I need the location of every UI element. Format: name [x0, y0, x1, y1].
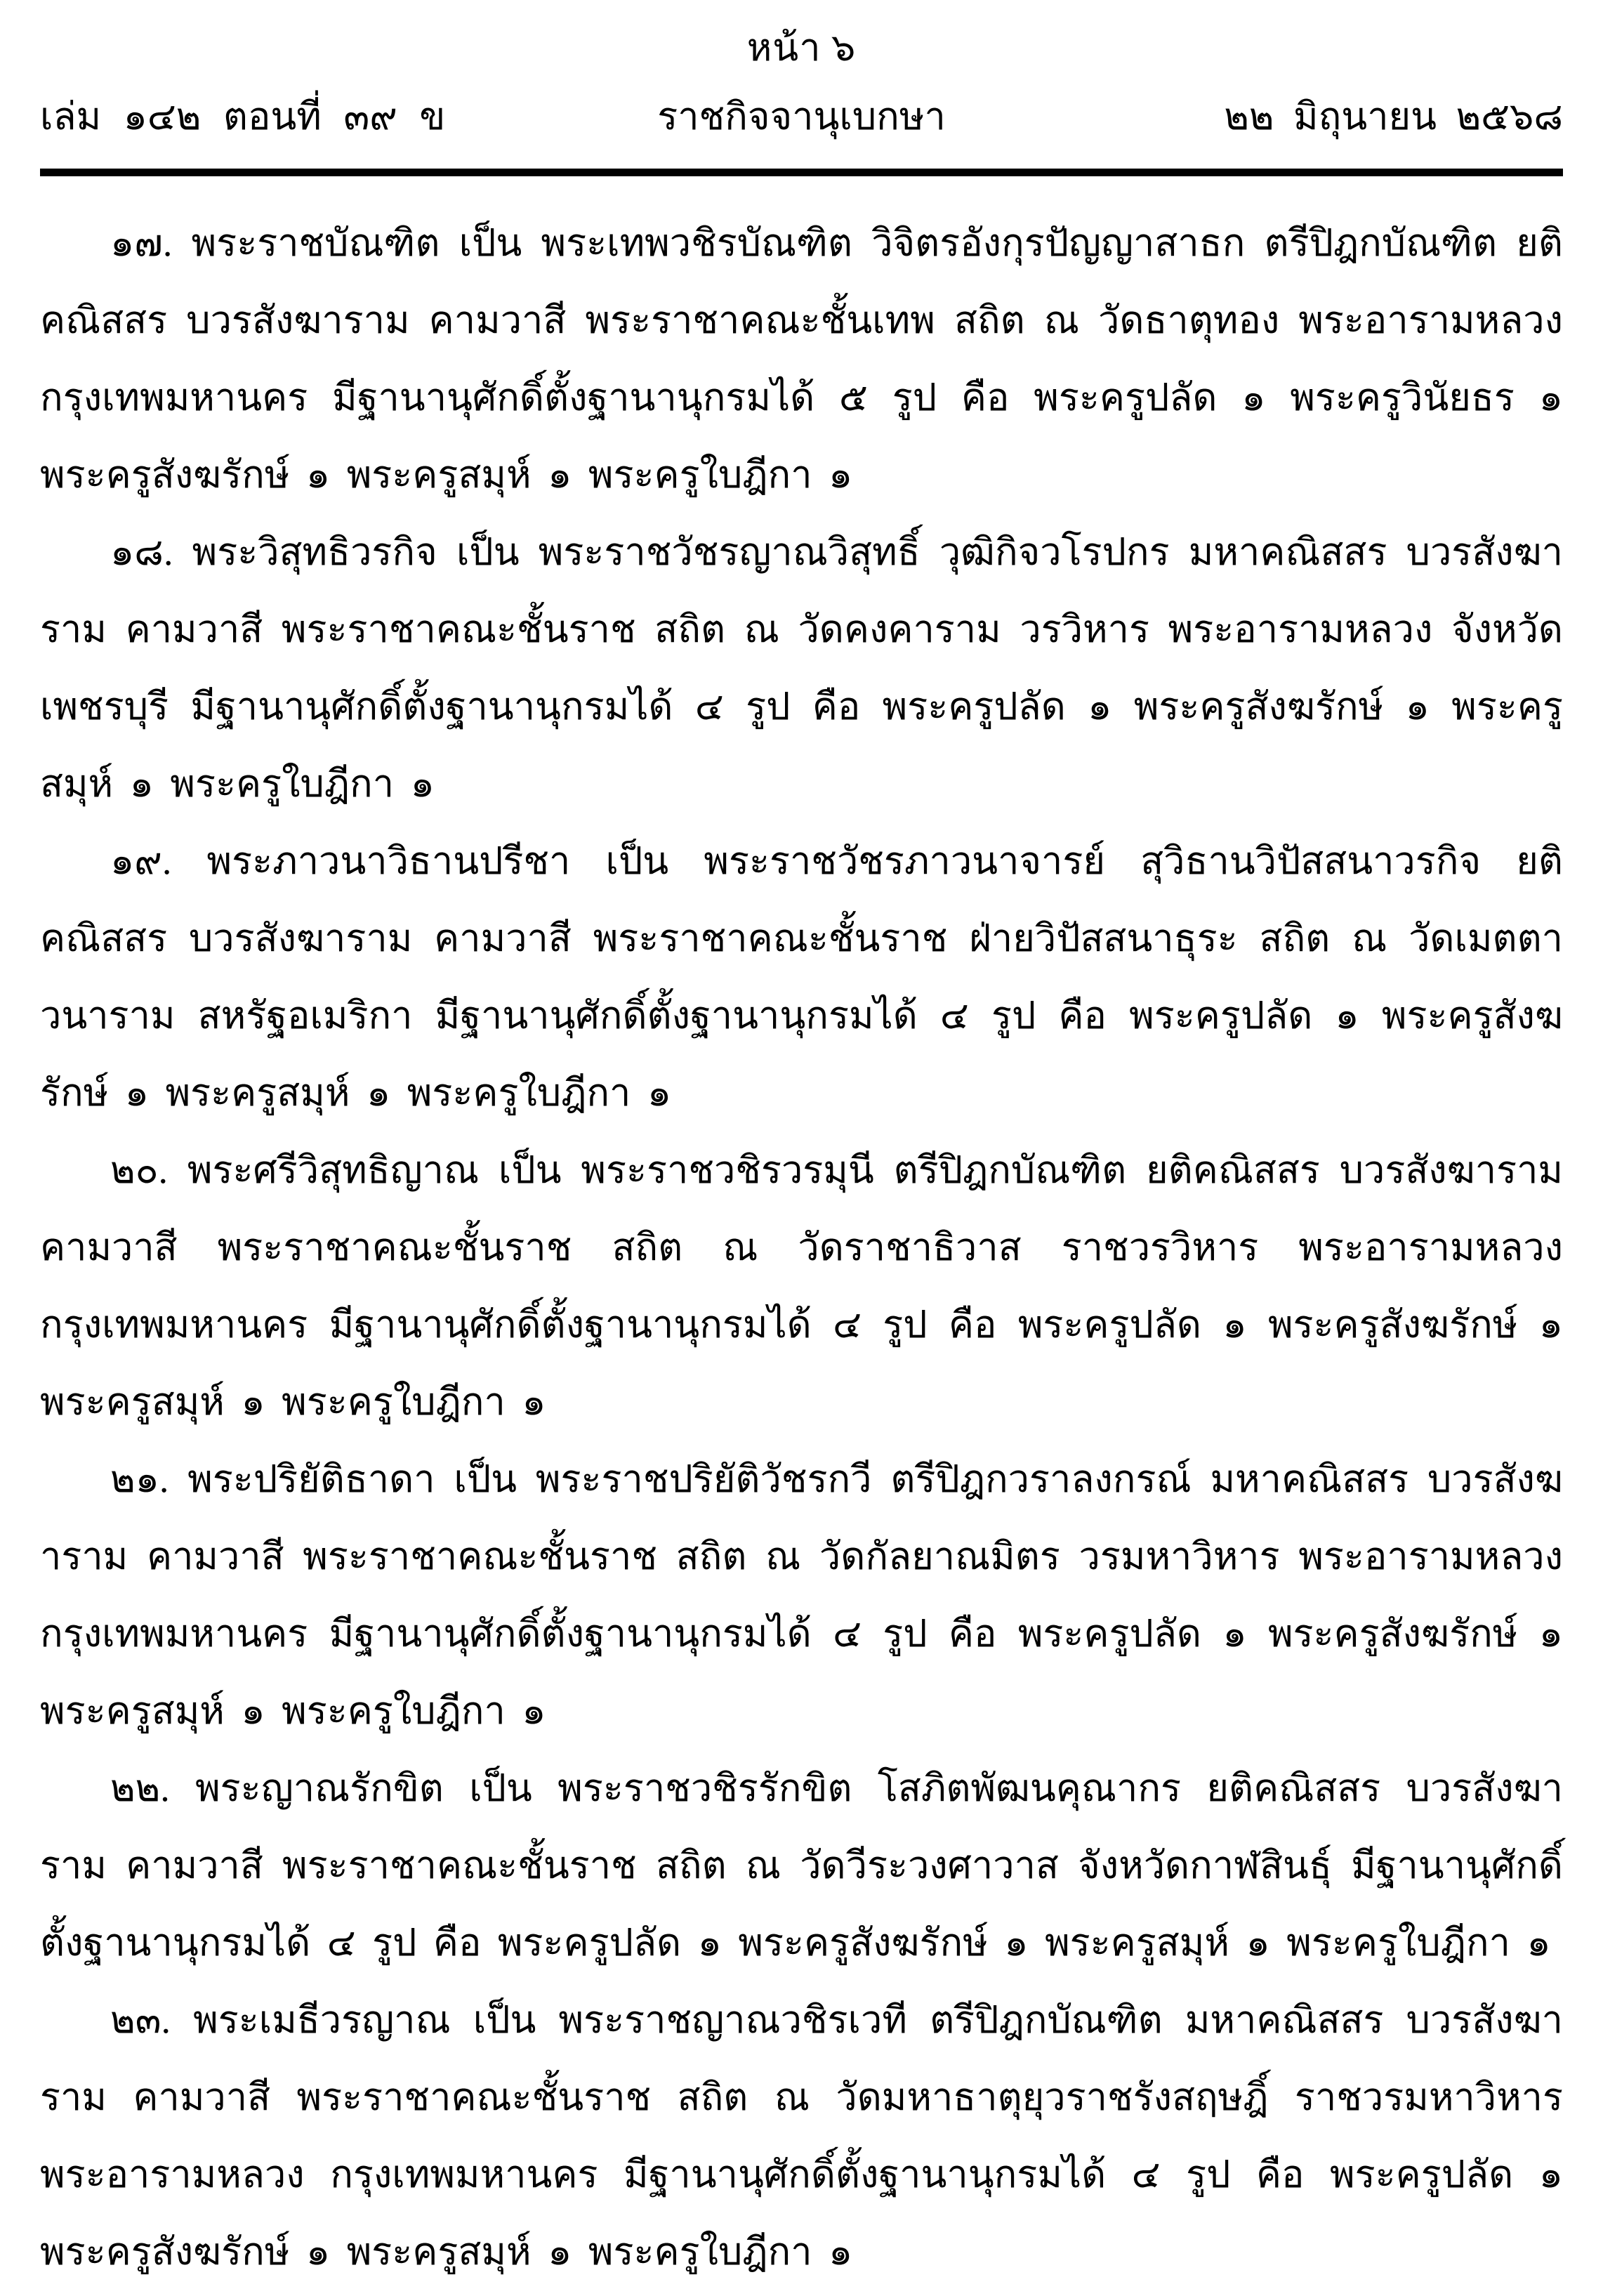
paragraph-item-18: ๑๘. พระวิสุทธิวรกิจ เป็น พระราชวัชรญาณวิ… [40, 513, 1563, 822]
gazette-title: ราชกิจจานุเบกษา [657, 83, 946, 150]
gazette-page: หน้า ๖ เล่ม ๑๔๒ ตอนที่ ๓๙ ข ราชกิจจานุเบ… [0, 0, 1603, 2296]
volume-issue-label: เล่ม ๑๔๒ ตอนที่ ๓๙ ข [40, 83, 445, 150]
header-rule [40, 169, 1563, 176]
page-number-label: หน้า ๖ [40, 20, 1563, 76]
issue-date: ๒๒ มิถุนายน ๒๕๖๘ [1224, 83, 1563, 150]
paragraph-item-17: ๑๗. พระราชบัณฑิต เป็น พระเทพวชิรบัณฑิต ว… [40, 204, 1563, 513]
paragraph-item-19: ๑๙. พระภาวนาวิธานปรีชา เป็น พระราชวัชรภา… [40, 822, 1563, 1131]
paragraph-item-20: ๒๐. พระศรีวิสุทธิญาณ เป็น พระราชวชิรวรมุ… [40, 1131, 1563, 1441]
paragraph-item-23: ๒๓. พระเมธีวรญาณ เป็น พระราชญาณวชิรเวที … [40, 1981, 1563, 2290]
paragraph-item-22: ๒๒. พระญาณรักขิต เป็น พระราชวชิรรักขิต โ… [40, 1750, 1563, 1981]
masthead: เล่ม ๑๔๒ ตอนที่ ๓๙ ข ราชกิจจานุเบกษา ๒๒ … [40, 83, 1563, 150]
document-body: ๑๗. พระราชบัณฑิต เป็น พระเทพวชิรบัณฑิต ว… [40, 204, 1563, 2290]
paragraph-item-21: ๒๑. พระปริยัติธาดา เป็น พระราชปริยัติวัช… [40, 1441, 1563, 1750]
